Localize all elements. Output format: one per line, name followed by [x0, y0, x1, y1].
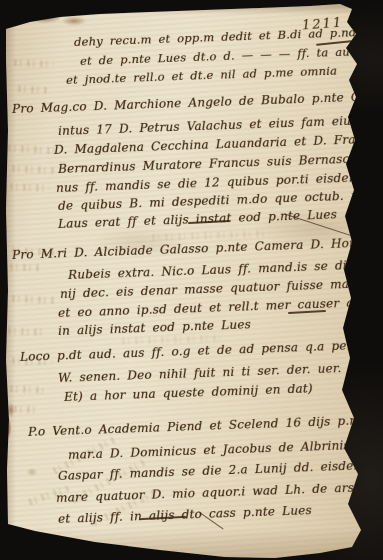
bleedthrough-mark [12, 406, 40, 414]
manuscript-line: Et) a hor una queste dominij en dat) [64, 381, 313, 404]
manuscript-line: in alijs instat eod p.nte Lues [58, 317, 251, 338]
manuscript-line: P.o Vent.o Academia Piend et Scelend 16 … [28, 411, 383, 439]
manuscript-line: Gaspar ff. mandis se die 2.a Lunij dd. e… [58, 457, 383, 483]
bleedthrough-mark [10, 165, 56, 174]
bleedthrough-mark [8, 385, 44, 394]
manuscript-line: Pro Mag.co D. Marchione Angelo de Bubalo… [12, 88, 383, 116]
bleedthrough-mark [6, 144, 60, 155]
manuscript-line: et alijs ff. in alijs dto cass p.nte Lue… [58, 503, 312, 526]
bleedthrough-mark [8, 183, 50, 192]
bleedthrough-mark [6, 327, 46, 336]
bleedthrough-mark [16, 85, 48, 94]
bleedthrough-mark [8, 263, 42, 271]
manuscript-line: et jnod.te rell.o et dt.e nil ad p.me om… [66, 65, 338, 88]
manuscript-line: W. senen. Deo nihil fuit ni ti ser. der.… [58, 360, 373, 385]
bleedthrough-mark [10, 295, 56, 304]
manuscript-line: et de p.nte Lues dt.o d. — — — ff. ta au… [80, 44, 383, 68]
bleedthrough-mark [12, 59, 54, 67]
manuscript-page: 1211 dehy recu.m et opp.m dedit et B.di … [0, 0, 383, 560]
photo-background: 1211 dehy recu.m et opp.m dedit et B.di … [0, 0, 383, 560]
